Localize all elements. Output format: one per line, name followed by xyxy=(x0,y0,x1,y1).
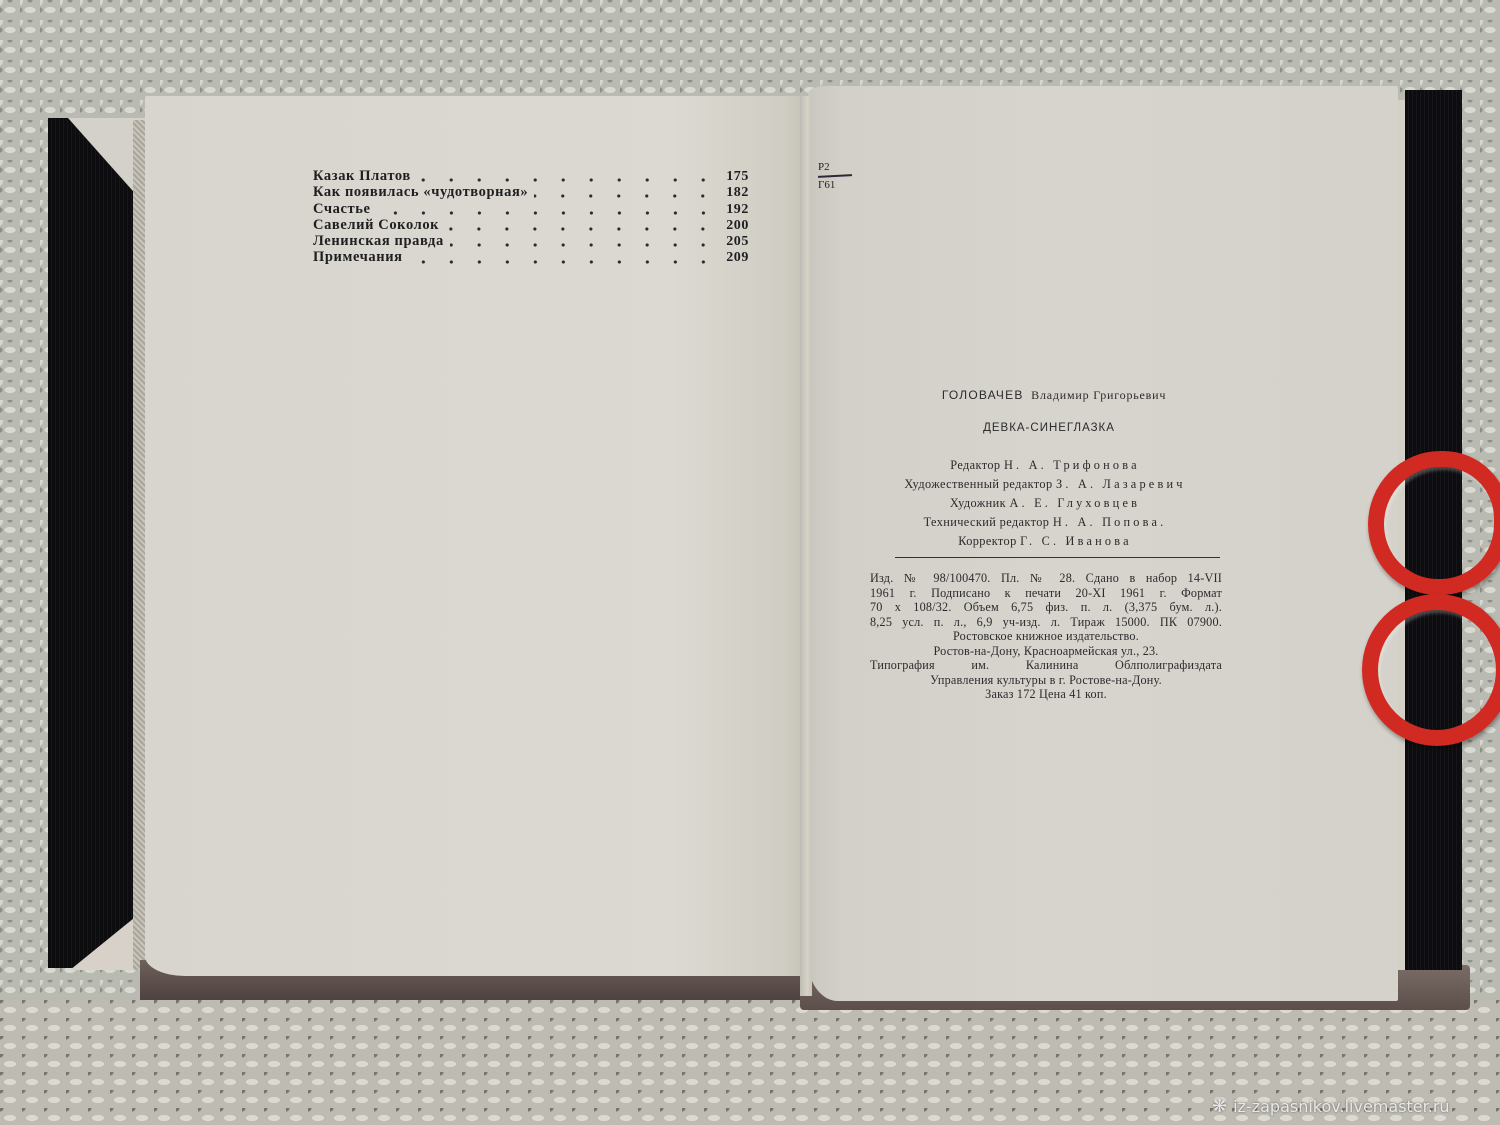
credit-name: А. Е. Глуховцев xyxy=(1009,496,1140,510)
toc-entry: Как появилась «чудотворная» 182 xyxy=(313,184,749,200)
toc-title: Примечания xyxy=(313,249,403,265)
snowflake-icon: ❋ xyxy=(1212,1096,1227,1117)
dot-leader xyxy=(377,211,717,215)
dot-leader xyxy=(450,243,717,247)
author-surname: ГОЛОВАЧЕВ xyxy=(942,388,1024,402)
pubinfo-line: Ростовское книжное издательство. xyxy=(870,629,1222,644)
credits-list: Редактор Н. А. Трифонова Художественный … xyxy=(860,456,1230,551)
credit-role: Художественный редактор xyxy=(904,477,1052,491)
pubinfo-line: Ростов-на-Дону, Красноармейская ул., 23. xyxy=(870,644,1222,659)
author-line: ГОЛОВАЧЕВ Владимир Григорьевич xyxy=(878,388,1230,403)
credit-tech-editor: Технический редактор Н. А. Попова. xyxy=(860,513,1230,532)
credit-name: Н. А. Попова. xyxy=(1053,515,1167,529)
pubinfo-line: 1961 г. Подписано к печати 20-XI 1961 г.… xyxy=(870,586,1222,601)
toc-page-number: 192 xyxy=(723,202,749,218)
toc-entry: Ленинская правда 205 xyxy=(313,233,749,249)
table-of-contents: Казак Платов 175 Как появилась «чудотвор… xyxy=(313,168,749,266)
classmark-rule xyxy=(818,174,852,177)
pubinfo-line: Изд. № 98/100470. Пл. № 28. Сдано в набо… xyxy=(870,571,1222,586)
watermark-text: iz-zapasnikov.livemaster.ru xyxy=(1233,1097,1449,1116)
credit-name: Н. А. Трифонова xyxy=(1004,458,1140,472)
book-title: ДЕВКА-СИНЕГЛАЗКА xyxy=(868,422,1230,434)
toc-page-number: 175 xyxy=(723,169,749,185)
watermark: ❋ iz-zapasnikov.livemaster.ru xyxy=(1212,1094,1450,1118)
author-given-names: Владимир Григорьевич xyxy=(1031,388,1166,402)
pubinfo-line: Управления культуры в г. Ростове-на-Дону… xyxy=(870,673,1222,688)
toc-title: Казак Платов xyxy=(313,168,411,184)
pubinfo-line: Заказ 172 Цена 41 коп. xyxy=(870,687,1222,702)
credit-name: Г. С. Иванова xyxy=(1020,534,1132,548)
publication-details: Изд. № 98/100470. Пл. № 28. Сдано в набо… xyxy=(870,571,1222,702)
toc-title: Как появилась «чудотворная» xyxy=(313,184,528,200)
dot-leader xyxy=(409,260,717,264)
imprint-block: ГОЛОВАЧЕВ Владимир Григорьевич ДЕВКА-СИН… xyxy=(860,388,1230,702)
toc-entry: Примечания 209 xyxy=(313,249,749,265)
classmark-top: Р2 xyxy=(818,162,858,173)
credit-role: Художник xyxy=(950,496,1006,510)
toc-title: Савелий Соколок xyxy=(313,217,439,233)
credit-proofreader: Корректор Г. С. Иванова xyxy=(860,532,1230,551)
credit-name: З. А. Лазаревич xyxy=(1056,477,1186,491)
credit-artist: Художник А. Е. Глуховцев xyxy=(860,494,1230,513)
pubinfo-line: Типография им. Калинина Облполиграфиздат… xyxy=(870,658,1222,673)
dot-leader xyxy=(417,178,717,182)
toc-entry: Савелий Соколок 200 xyxy=(313,217,749,233)
credit-art-editor: Художественный редактор З. А. Лазаревич xyxy=(860,475,1230,494)
toc-page-number: 205 xyxy=(723,234,749,250)
toc-page-number: 209 xyxy=(723,250,749,266)
scissors-handle xyxy=(1362,594,1500,746)
toc-title: Ленинская правда xyxy=(313,233,444,249)
toc-entry: Счастье 192 xyxy=(313,201,749,217)
pubinfo-line: 8,25 усл. п. л., 6,9 уч-изд. л. Тираж 15… xyxy=(870,615,1222,630)
pubinfo-line: 70 х 108/32. Объем 6,75 физ. п. л. (3,37… xyxy=(870,600,1222,615)
scissors-handle xyxy=(1368,451,1500,595)
dot-leader xyxy=(445,227,717,231)
toc-entry: Казак Платов 175 xyxy=(313,168,749,184)
toc-page-number: 182 xyxy=(723,185,749,201)
book-gutter xyxy=(800,96,812,996)
classmark-bottom: Г61 xyxy=(818,180,858,191)
credit-role: Редактор xyxy=(950,458,1000,472)
toc-title: Счастье xyxy=(313,201,371,217)
toc-page-number: 200 xyxy=(723,218,749,234)
dot-leader xyxy=(534,194,717,198)
library-classmark: Р2 Г61 xyxy=(818,162,858,191)
credit-editor: Редактор Н. А. Трифонова xyxy=(860,456,1230,475)
divider-rule xyxy=(895,557,1220,558)
credit-role: Корректор xyxy=(958,534,1016,548)
credit-role: Технический редактор xyxy=(924,515,1050,529)
